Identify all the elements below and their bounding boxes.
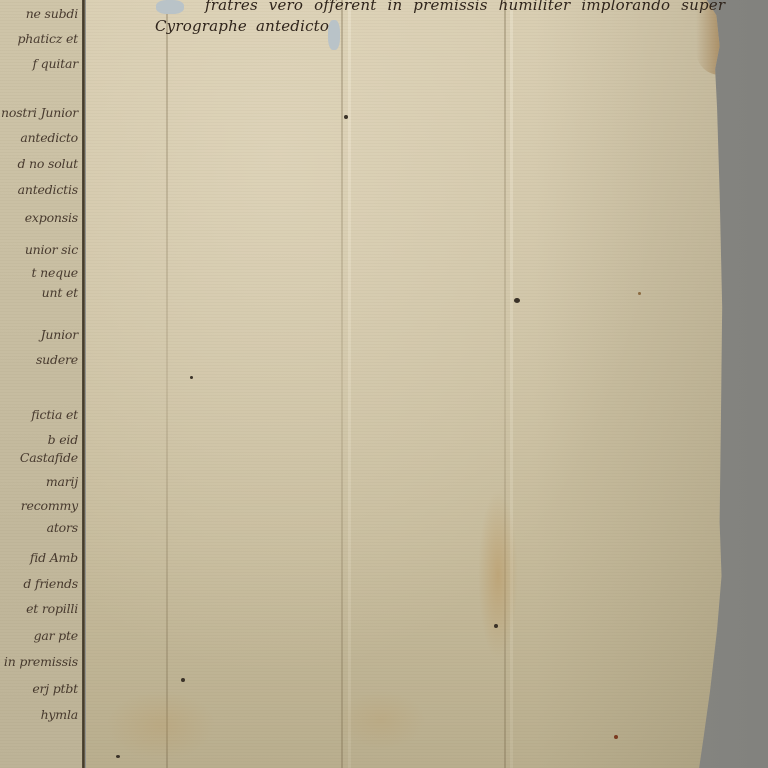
ink-speck — [494, 624, 498, 628]
ink-speck — [181, 678, 185, 682]
left-line: b eid — [0, 432, 80, 447]
ink-speck — [344, 115, 348, 119]
left-line: marij — [0, 474, 80, 489]
left-line: antedictis — [0, 182, 80, 197]
left-line: ne subdi — [0, 6, 80, 21]
left-line: unior sic — [0, 242, 80, 257]
left-line: erj ptbt — [0, 681, 80, 696]
left-line: exponsis — [0, 210, 80, 225]
left-line: in premissis — [0, 654, 80, 669]
left-line: hymla — [0, 707, 80, 722]
ink-speck — [190, 376, 193, 379]
left-line: fictia et — [0, 407, 80, 422]
left-line: nostri Junior — [0, 105, 80, 120]
left-line: ators — [0, 520, 80, 535]
ink-speck — [514, 298, 520, 303]
rust-speck — [614, 735, 618, 739]
left-line: d no solut — [0, 156, 80, 171]
ink-speck — [116, 755, 120, 758]
left-line: Castafide — [0, 450, 80, 465]
fold-highlight — [348, 0, 351, 768]
manuscript-line-1: fratres vero offerent in premissis humil… — [205, 0, 725, 14]
paper-tear — [328, 20, 340, 50]
manuscript-line-2: Cyrographe antedicto — [155, 17, 329, 35]
left-line: recommy — [0, 498, 80, 513]
water-stain — [478, 490, 518, 660]
fold-line — [166, 0, 168, 768]
left-line: unt et — [0, 285, 80, 300]
left-line: fid Amb — [0, 550, 80, 565]
fold-highlight — [510, 0, 513, 768]
page-edge-divider — [82, 0, 85, 768]
rust-speck — [638, 292, 641, 295]
fold-line — [341, 0, 343, 768]
left-line: antedicto — [0, 130, 80, 145]
left-line: f quitar — [0, 56, 80, 71]
left-line: sudere — [0, 352, 80, 367]
left-line: t neque — [0, 265, 80, 280]
left-line: et ropilli — [0, 601, 80, 616]
left-page-strip: ne subdi phaticz et f quitar nostri Juni… — [0, 0, 84, 768]
paper-tear — [156, 0, 184, 14]
left-line: phaticz et — [0, 31, 80, 46]
left-line: Junior — [0, 327, 80, 342]
water-stain — [106, 690, 216, 760]
sheet-shading — [86, 0, 726, 768]
left-line: d friends — [0, 576, 80, 591]
left-line: gar pte — [0, 628, 80, 643]
water-stain — [336, 690, 426, 750]
manuscript-sheet — [86, 0, 726, 768]
